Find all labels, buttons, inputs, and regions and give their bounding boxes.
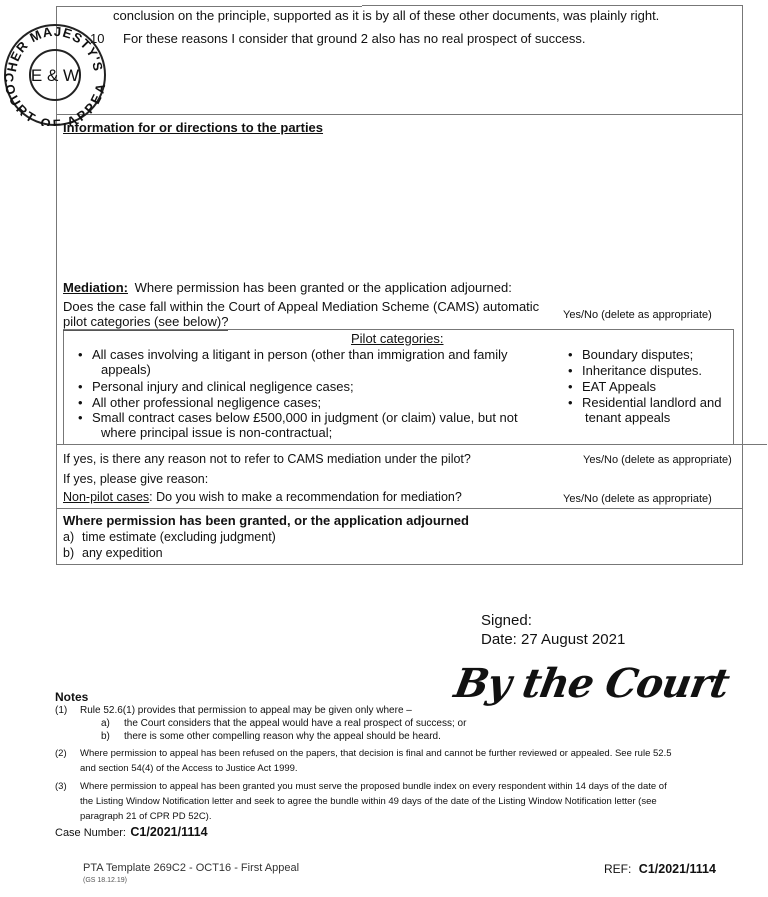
note-1a: a)the Court considers that the appeal wo…	[101, 717, 110, 730]
permission-item: b)any expedition	[63, 546, 74, 561]
pilot-item: Inheritance disputes.	[582, 363, 702, 379]
non-pilot-answer[interactable]: Yes/No (delete as appropriate)	[563, 492, 712, 506]
note-3: (3) Where permission to appeal has been …	[55, 780, 67, 793]
court-seal-stamp: HER MAJESTY'S COURT OF APPEAL E & W	[2, 20, 108, 126]
permission-heading: Where permission has been granted, or th…	[63, 513, 469, 529]
judgment-continued-text: conclusion on the principle, supported a…	[113, 8, 659, 24]
non-pilot-line: Non-pilot cases: Do you wish to make a r…	[63, 490, 462, 505]
seal-icon: HER MAJESTY'S COURT OF APPEAL E & W	[2, 20, 108, 126]
mediation-question-line2: pilot categories (see below)?	[63, 314, 228, 331]
note-2: (2) Where permission to appeal has been …	[55, 747, 67, 760]
pilot-item: Personal injury and clinical negligence …	[92, 379, 354, 395]
top-box-top-border-right	[362, 5, 742, 6]
cams-reason-question: If yes, is there any reason not to refer…	[63, 452, 471, 467]
footer-ref: REF: C1/2021/1114	[604, 860, 716, 878]
case-number: C1/2021/1114	[130, 825, 207, 839]
note-1: (1)Rule 52.6(1) provides that permission…	[55, 704, 67, 717]
main-box-right-border	[742, 5, 743, 565]
mediation-intro-line: Mediation: Where permission has been gra…	[63, 280, 512, 296]
reason-prompt: If yes, please give reason:	[63, 472, 208, 487]
ref-label: REF:	[604, 862, 631, 876]
template-reference: PTA Template 269C2 - OCT16 - First Appea…	[83, 862, 299, 874]
cams-reason-answer[interactable]: Yes/No (delete as appropriate)	[583, 453, 732, 467]
signed-label: Signed:	[481, 612, 532, 629]
paragraph-text: For these reasons I consider that ground…	[123, 31, 585, 47]
permission-divider	[57, 508, 743, 509]
top-box-top-border	[57, 6, 362, 7]
mediation-question-line1: Does the case fall within the Court of A…	[63, 299, 539, 315]
mediation-intro: Where permission has been granted or the…	[135, 280, 512, 295]
pilot-item: Small contract cases below £500,000 in j…	[92, 410, 518, 426]
ref-number: C1/2021/1114	[639, 862, 716, 876]
notes-heading: Notes	[55, 690, 88, 704]
permission-item: a)time estimate (excluding judgment)	[63, 530, 74, 545]
pilot-item-continued: tenant appeals	[585, 410, 670, 426]
information-heading: Information for or directions to the par…	[63, 120, 323, 136]
pilot-item: Residential landlord and	[582, 395, 721, 411]
main-box-bottom-border	[57, 564, 743, 565]
pilot-box-left	[63, 329, 64, 444]
pilot-bottom-divider	[57, 444, 767, 445]
template-code: (GS 18.12.19)	[83, 877, 127, 884]
pilot-item-continued: appeals)	[101, 362, 151, 378]
case-number-label: Case Number:	[55, 827, 126, 839]
case-number-line: Case Number: C1/2021/1114	[55, 823, 208, 841]
pilot-categories-heading: Pilot categories:	[351, 331, 444, 347]
pilot-item: All other professional negligence cases;	[92, 395, 321, 411]
info-divider	[57, 114, 743, 115]
svg-text:E & W: E & W	[31, 66, 79, 85]
mediation-label: Mediation:	[63, 280, 128, 295]
non-pilot-label: Non-pilot cases	[63, 490, 149, 504]
pilot-item: Boundary disputes;	[582, 347, 693, 363]
pilot-item: EAT Appeals	[582, 379, 656, 395]
mediation-question-answer[interactable]: Yes/No (delete as appropriate)	[563, 308, 712, 322]
pilot-item-continued: where principal issue is non-contractual…	[101, 425, 332, 441]
pilot-box-right	[733, 329, 734, 444]
by-the-court-signature: By the Court	[451, 660, 732, 707]
non-pilot-question: : Do you wish to make a recommendation f…	[149, 490, 462, 504]
signature-date: Date: 27 August 2021	[481, 631, 625, 648]
note-1b: b)there is some other compelling reason …	[101, 730, 110, 743]
pilot-item: All cases involving a litigant in person…	[92, 347, 507, 363]
